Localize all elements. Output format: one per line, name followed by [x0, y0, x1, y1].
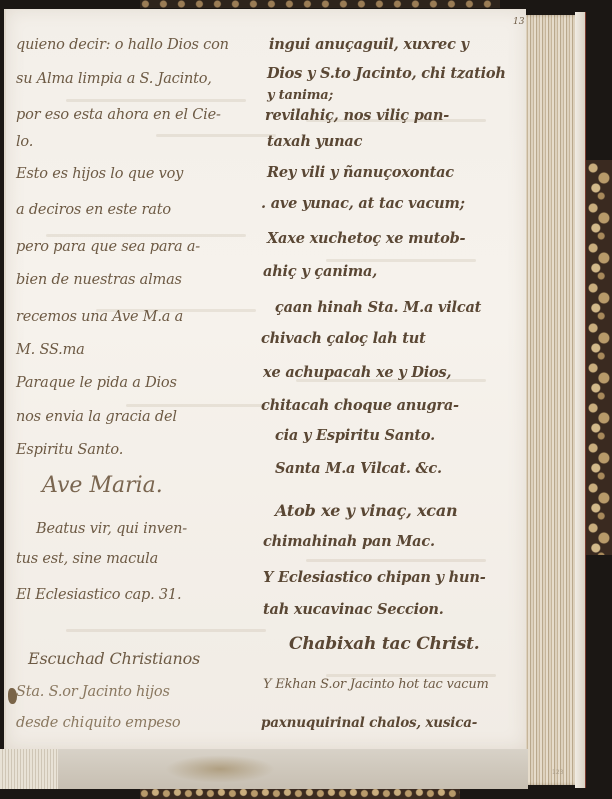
text-line: tah xucavinac Seccion.	[263, 601, 444, 618]
text-line: Espiritu Santo.	[16, 442, 123, 458]
marbled-cover	[585, 160, 612, 555]
text-line: ingui anuçaguil, xuxrec y	[269, 36, 469, 53]
heading-ave-maria: Ave Maria.	[42, 473, 163, 498]
text-line: . ave yunac, at tac vacum;	[261, 195, 465, 212]
text-line: nos envia la gracia del	[16, 409, 177, 425]
text-line: chivach çaloç lah tut	[261, 330, 426, 347]
text-line: Paraque le pida a Dios	[16, 375, 177, 391]
text-line: desde chiquito empeso	[16, 715, 180, 731]
text-line: bien de nuestras almas	[16, 272, 182, 288]
citation-line: El Eclesiastico cap. 31.	[16, 587, 181, 603]
text-line: chitacah choque anugra-	[261, 397, 459, 414]
manuscript-scan: 13 quieno decir: o hallo Dios con su Alm…	[0, 0, 612, 799]
lower-left-page-stack	[0, 749, 58, 789]
text-line: Chabixah tac Christ.	[289, 634, 479, 654]
text-line: Escuchad Christianos	[28, 649, 200, 668]
text-line: Santa M.a Vilcat. &c.	[275, 460, 442, 477]
text-line: Y Eclesiastico chipan y hun-	[263, 569, 486, 586]
text-line: revilahiç, nos viliç pan-	[265, 107, 449, 124]
edge-stamp: 123	[552, 769, 563, 776]
text-line: Esto es hijos lo que voy	[16, 166, 183, 182]
text-line: Rey vili y ñanuçoxontac	[267, 164, 454, 181]
book-cover-top	[140, 0, 500, 8]
text-line: paxnuquirinal chalos, xusica-	[261, 715, 477, 731]
text-line: quieno decir: o hallo Dios con	[16, 37, 229, 53]
text-line: cia y Espiritu Santo.	[275, 427, 435, 444]
manuscript-page: 13 quieno decir: o hallo Dios con su Alm…	[4, 9, 526, 749]
page-edge-cap	[575, 12, 586, 788]
text-line: a deciros en este rato	[16, 202, 171, 218]
text-line: Dios y S.to Jacinto, chi tzatioh	[267, 65, 506, 82]
text-line: taxah yunac	[267, 133, 362, 150]
text-line: lo.	[16, 134, 33, 150]
text-line: Xaxe xuchetoç xe mutob-	[267, 230, 465, 247]
text-line: por eso esta ahora en el Cie-	[16, 107, 221, 123]
text-line: ahiç y çanima,	[263, 263, 377, 280]
text-line: M. SS.ma	[16, 342, 85, 358]
stacked-page-edges	[522, 15, 580, 785]
latin-quote-line: tus est, sine macula	[16, 551, 158, 567]
text-line: recemos una Ave M.a a	[16, 309, 183, 325]
latin-quote-line: Beatus vir, qui inven-	[36, 521, 187, 537]
text-line: su Alma limpia a S. Jacinto,	[16, 71, 212, 87]
text-line: xe achupacah xe y Dios,	[263, 364, 451, 381]
text-line: Y Ekhan S.or Jacinto hot tac vacum	[263, 677, 489, 692]
text-line: pero para que sea para a-	[16, 239, 200, 255]
folio-number: 13	[513, 17, 524, 27]
water-stain	[165, 755, 275, 783]
text-line: Atob xe y vinaç, xcan	[275, 501, 457, 520]
ink-blot	[8, 688, 17, 704]
text-line: y tanima;	[267, 88, 333, 103]
marbled-cover-bottom	[140, 788, 460, 799]
text-line: çaan hinah Sta. M.a vilcat	[275, 299, 481, 316]
text-line: Sta. S.or Jacinto hijos	[16, 684, 170, 700]
text-line: chimahinah pan Mac.	[263, 533, 435, 550]
